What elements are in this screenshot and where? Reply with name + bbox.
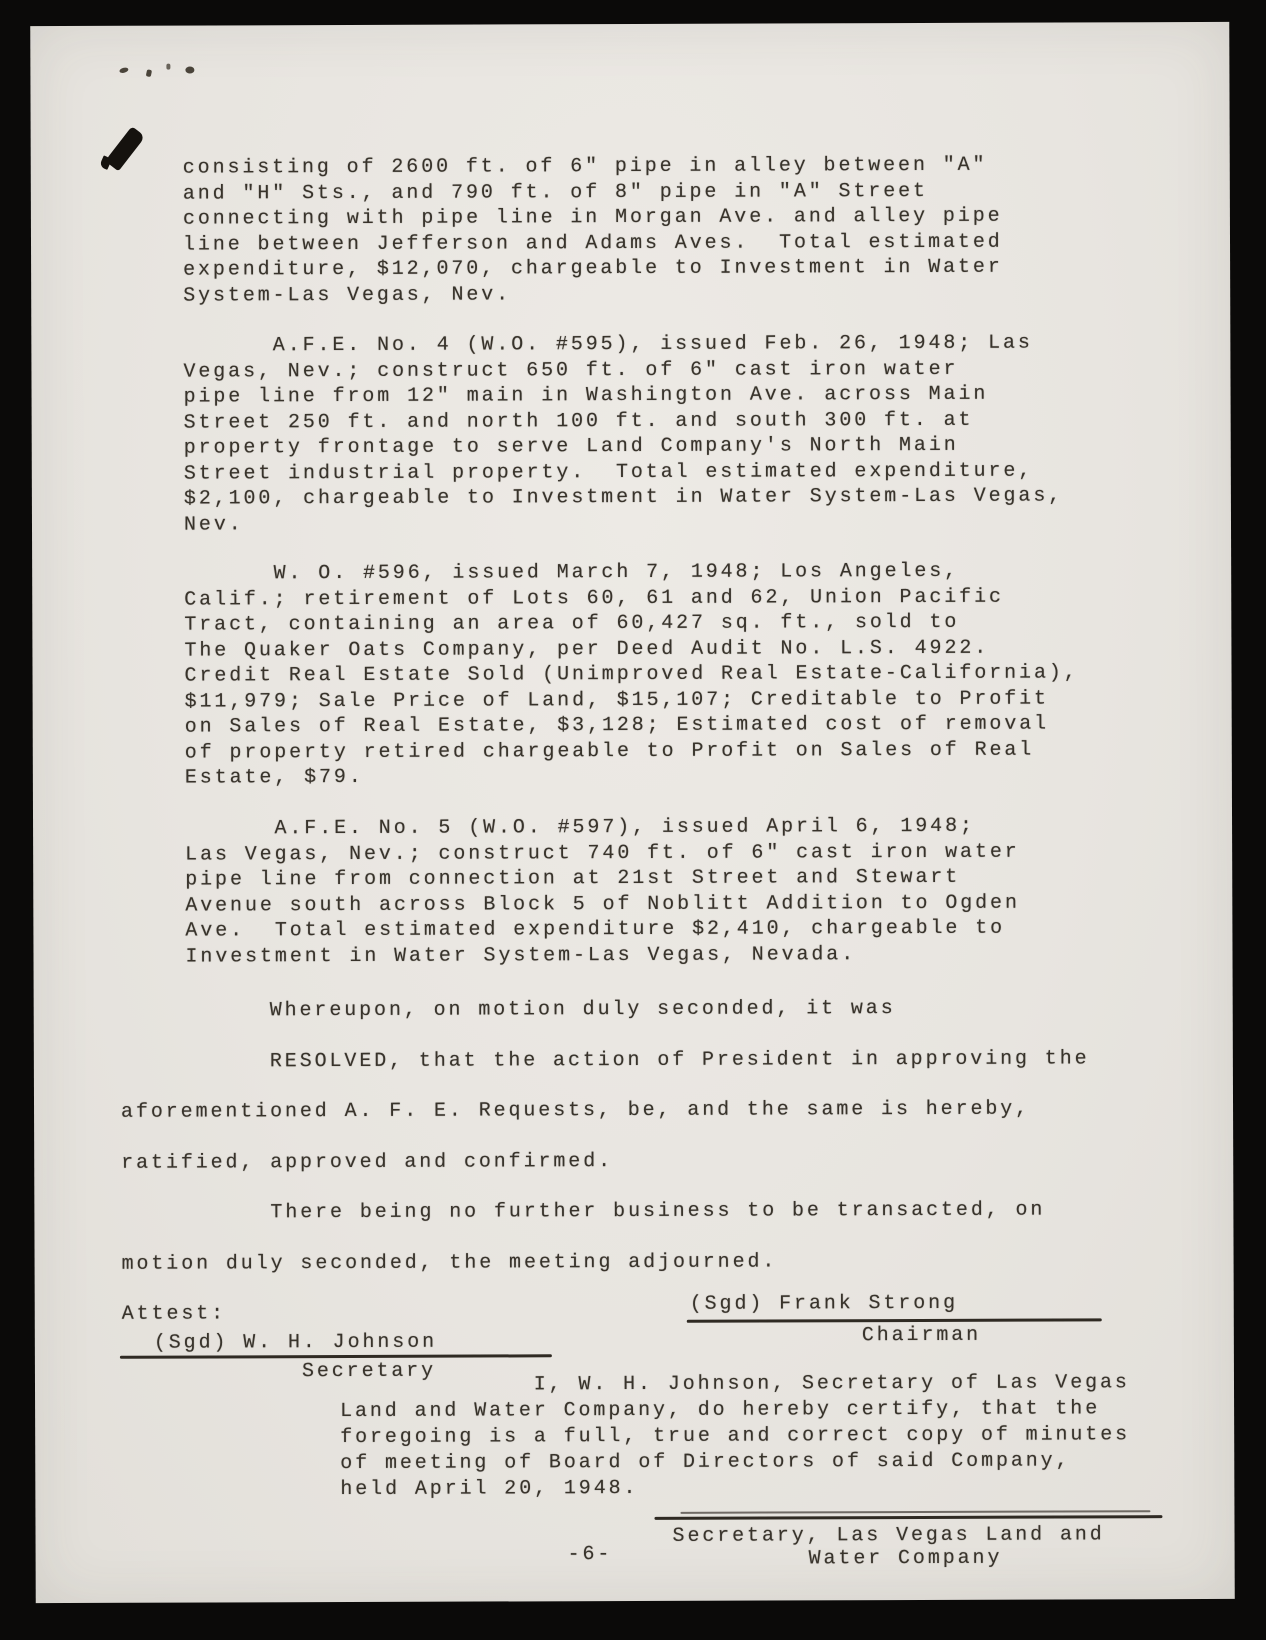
secretary-signature: (Sgd) W. H. Johnson — [154, 1330, 437, 1357]
bottom-signature-title-line2: Water Company — [809, 1546, 1003, 1573]
pencil-mark — [185, 67, 194, 74]
bottom-signature-line-shadow — [680, 1510, 1150, 1514]
pencil-mark — [166, 64, 170, 70]
body-paragraph-4: A.F.E. No. 5 (W.O. #597), issued April 6… — [185, 814, 1020, 970]
bottom-signature-line — [654, 1515, 1162, 1520]
page-number: -6- — [568, 1542, 613, 1568]
body-paragraph-3: W. O. #596, issued March 7, 1948; Los An… — [184, 558, 1079, 791]
ink-blot — [105, 126, 145, 171]
attest-label: Attest: — [122, 1301, 226, 1327]
pencil-mark — [146, 69, 152, 77]
paper-sheet: consisting of 2600 ft. of 6" pipe in all… — [30, 22, 1234, 1603]
pencil-mark — [119, 67, 129, 74]
scanned-document: consisting of 2600 ft. of 6" pipe in all… — [0, 0, 1266, 1640]
resolutions-section: Whereupon, on motion duly seconded, it w… — [121, 983, 1091, 1289]
chairman-signature: (Sgd) Frank Strong — [690, 1291, 958, 1318]
pencil-marks — [119, 64, 199, 78]
certification-paragraph: I, W. H. Johnson, Secretary of Las Vegas… — [340, 1370, 1130, 1503]
body-paragraph-1: consisting of 2600 ft. of 6" pipe in all… — [183, 153, 1003, 309]
chairman-title: Chairman — [862, 1323, 981, 1349]
body-paragraph-2: A.F.E. No. 4 (W.O. #595), issued Feb. 26… — [183, 330, 1063, 537]
